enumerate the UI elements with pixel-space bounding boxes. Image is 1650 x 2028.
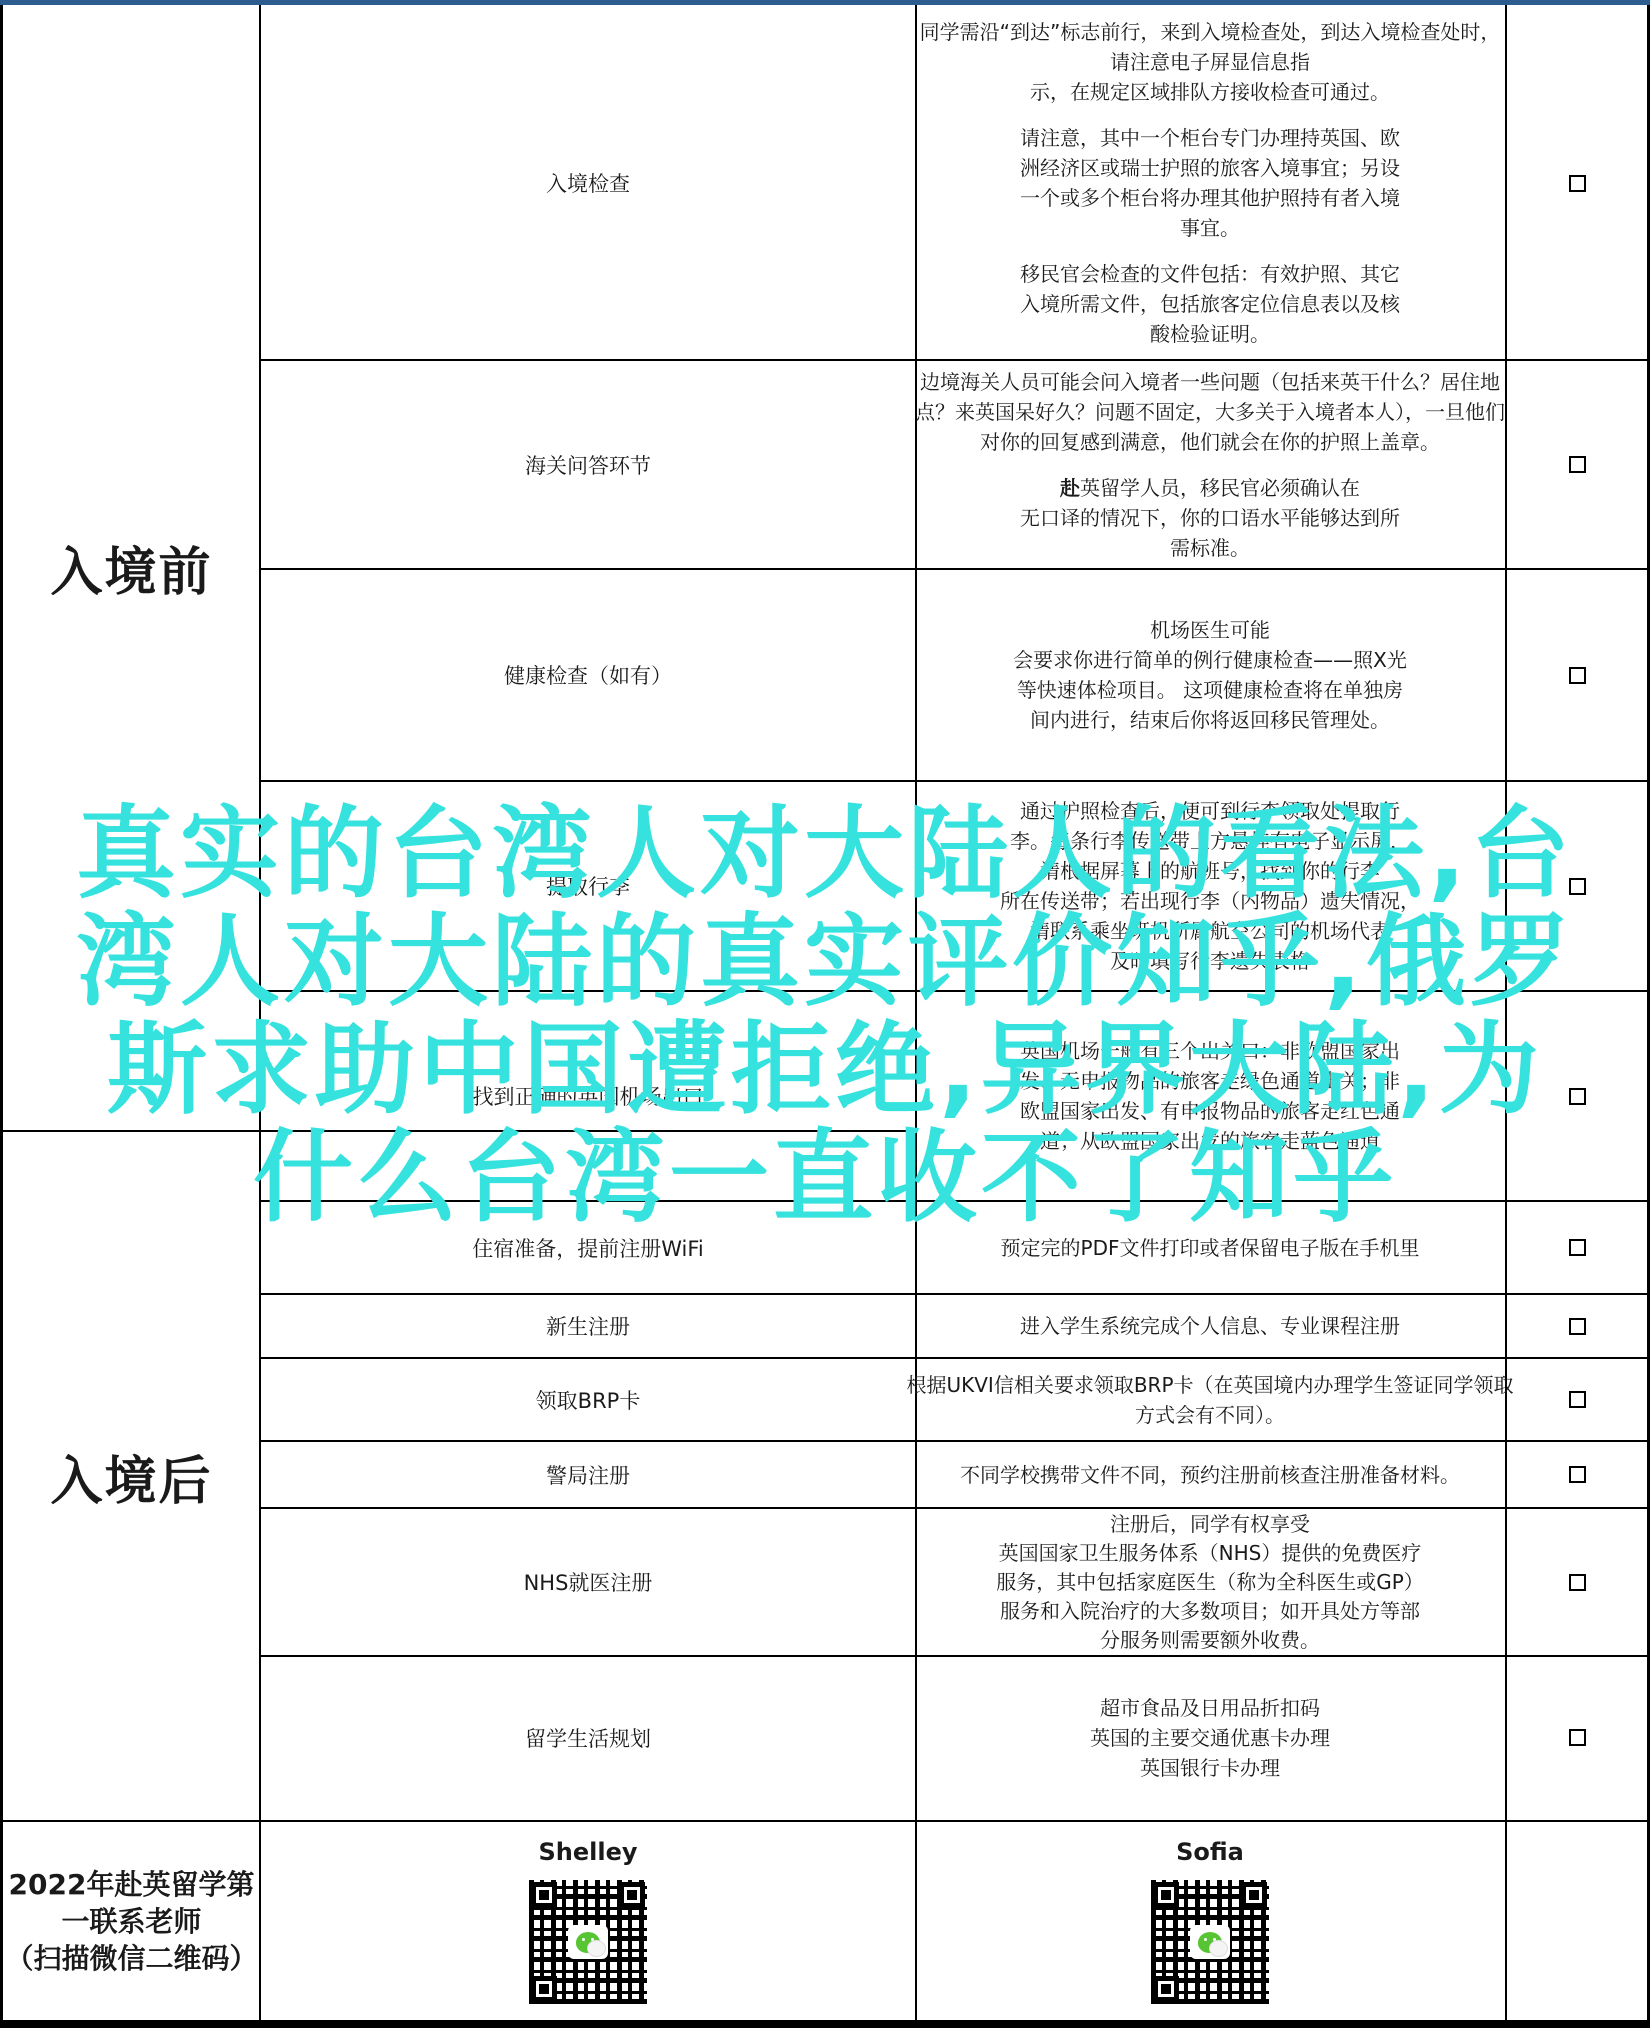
step-baggage-claim: 提取行李	[261, 782, 915, 990]
paragraph: 机场医生可能会要求你进行简单的例行健康检查——照X光等快速体检项目。 这项健康检…	[1013, 615, 1407, 735]
paragraph: 请注意，其中一个柜台专门办理持英国、欧洲经济区或瑞士护照的旅客入境事宜；另设一个…	[1020, 123, 1400, 243]
desc-customs-questions: 边境海关人员可能会问入境者一些问题（包括来英干什么？居住地点？来英国呆好久？问题…	[917, 361, 1503, 568]
desc-student-registration: 进入学生系统完成个人信息、专业课程注册	[917, 1295, 1503, 1357]
step-label: 找到正确的英国机场出口	[473, 1081, 704, 1111]
step-police-registration: 警局注册	[261, 1442, 915, 1507]
left-border	[0, 5, 3, 2028]
step-label: 警局注册	[546, 1460, 630, 1490]
row-checkbox-icon[interactable]	[1569, 1239, 1586, 1256]
wechat-bubble-white	[1209, 1940, 1228, 1957]
contact-name: Shelley	[538, 1838, 637, 1866]
row-checkbox-icon[interactable]	[1569, 1729, 1586, 1746]
paragraph: 移民官会检查的文件包括：有效护照、其它入境所需文件，包括旅客定位信息表以及核酸检…	[1020, 259, 1400, 349]
row-checkbox-icon[interactable]	[1569, 878, 1586, 895]
wechat-logo-icon	[1190, 1925, 1230, 1959]
step-label: 领取BRP卡	[536, 1385, 641, 1415]
step-label: 住宿准备，提前注册WiFi	[472, 1233, 704, 1263]
wechat-qr-code	[1151, 1880, 1269, 2004]
step-label: 健康检查（如有）	[504, 660, 672, 690]
qr-position-marker	[531, 1882, 557, 1908]
row-checkbox-icon[interactable]	[1569, 1318, 1586, 1335]
checkbox-cell	[1507, 992, 1647, 1200]
paragraph: 边境海关人员可能会问入境者一些问题（包括来英干什么？居住地点？来英国呆好久？问题…	[915, 367, 1505, 457]
wechat-qr-code	[529, 1880, 647, 2004]
wechat-bubble-white	[587, 1940, 606, 1957]
paragraph-with-bold-lead: 赴英留学人员，移民官必须确认在 无口译的情况下，你的口语水平能够达到所需标准。	[1020, 473, 1400, 563]
checkbox-cell	[1507, 1202, 1647, 1293]
row-checkbox-icon[interactable]	[1569, 456, 1586, 473]
checkbox-cell	[1507, 782, 1647, 990]
step-customs-questions: 海关问答环节	[261, 361, 915, 568]
step-accommodation-wifi: 住宿准备，提前注册WiFi	[261, 1202, 915, 1293]
step-label: 提取行李	[546, 871, 630, 901]
step-entry-check: 入境检查	[261, 7, 915, 359]
checkbox-cell	[1507, 361, 1647, 568]
paragraph-lines: 无口译的情况下，你的口语水平能够达到所需标准。	[1020, 503, 1400, 563]
desc-life-planning: 超市食品及日用品折扣码英国的主要交通优惠卡办理英国银行卡办理	[917, 1657, 1503, 1818]
checkbox-cell	[1507, 7, 1647, 359]
paragraph: 注册后，同学有权享受英国国家卫生服务体系（NHS）提供的免费医疗服务，其中包括家…	[996, 1510, 1424, 1655]
row-checkbox-icon[interactable]	[1569, 1088, 1586, 1105]
bold-lead-char: 赴	[1060, 476, 1080, 500]
desc-entry-check: 同学需沿“到达”标志前行，来到入境检查处，到达入境检查处时，请注意电子屏显信息指…	[917, 7, 1503, 359]
step-student-registration: 新生注册	[261, 1295, 915, 1357]
section-after-entry-label: 入境后	[50, 1439, 212, 1514]
step-label: 留学生活规划	[525, 1723, 651, 1753]
step-brp-card: 领取BRP卡	[261, 1359, 915, 1440]
paragraph: 通过护照检查后，便可到行李领取处提取行李。每条行李传送带上方悬挂有电子显示屏，请…	[1000, 796, 1420, 976]
qr-position-marker	[619, 1882, 645, 1908]
desc-nhs-registration: 注册后，同学有权享受英国国家卫生服务体系（NHS）提供的免费医疗服务，其中包括家…	[917, 1509, 1503, 1655]
desc-brp-card: 根据UKVI信相关要求领取BRP卡（在英国境内办理学生签证同学领取方式会有不同）…	[917, 1359, 1503, 1440]
checkbox-cell	[1507, 1657, 1647, 1818]
bottom-border	[0, 2020, 1650, 2028]
wechat-logo-icon	[568, 1925, 608, 1959]
paragraph: 超市食品及日用品折扣码英国的主要交通优惠卡办理英国银行卡办理	[1090, 1693, 1330, 1783]
contact-sofia-cell: Sofia	[917, 1822, 1503, 2020]
contact-info-text: 2022年赴英留学第一联系老师（扫描微信二维码）	[5, 1866, 257, 1977]
qr-position-marker	[1153, 1882, 1179, 1908]
lead-line-rest: 英留学人员，移民官必须确认在	[1080, 476, 1360, 500]
desc-airport-exit: 英国机场一般有三个出关口：非欧盟国家出发、无申报物品的旅客走绿色通道出关；非欧盟…	[917, 992, 1503, 1200]
qr-position-marker	[1241, 1882, 1267, 1908]
qr-position-marker	[1153, 1976, 1179, 2002]
paragraph: 根据UKVI信相关要求领取BRP卡（在英国境内办理学生签证同学领取方式会有不同）…	[907, 1370, 1514, 1430]
section-after-entry: 入境后	[4, 1132, 259, 1820]
desc-accommodation-wifi: 预定完的PDF文件打印或者保留电子版在手机里	[917, 1202, 1503, 1293]
checkbox-cell	[1507, 1359, 1647, 1440]
row-checkbox-icon[interactable]	[1569, 1391, 1586, 1408]
paragraph: 预定完的PDF文件打印或者保留电子版在手机里	[1001, 1233, 1420, 1263]
desc-health-check: 机场医生可能会要求你进行简单的例行健康检查——照X光等快速体检项目。 这项健康检…	[917, 570, 1503, 780]
row-checkbox-icon[interactable]	[1569, 175, 1586, 192]
row-checkbox-icon[interactable]	[1569, 1574, 1586, 1591]
paragraph: 不同学校携带文件不同，预约注册前核查注册准备材料。	[960, 1460, 1460, 1490]
row-checkbox-icon[interactable]	[1569, 1466, 1586, 1483]
step-label: 入境检查	[546, 168, 630, 198]
checkbox-cell	[1507, 1509, 1647, 1655]
step-label: 新生注册	[546, 1311, 630, 1341]
contact-name: Sofia	[1176, 1838, 1244, 1866]
contact-shelley-cell: Shelley	[261, 1822, 915, 2020]
row-checkbox-icon[interactable]	[1569, 667, 1586, 684]
contact-info-cell: 2022年赴英留学第一联系老师（扫描微信二维码）	[4, 1822, 259, 2020]
step-label: NHS就医注册	[524, 1567, 653, 1597]
checkbox-cell	[1507, 570, 1647, 780]
checkbox-cell	[1507, 1442, 1647, 1507]
step-airport-exit: 找到正确的英国机场出口	[261, 992, 915, 1200]
step-label: 海关问答环节	[525, 450, 651, 480]
paragraph: 英国机场一般有三个出关口：非欧盟国家出发、无申报物品的旅客走绿色通道出关；非欧盟…	[1020, 1036, 1400, 1156]
section-before-entry-label: 入境前	[50, 530, 212, 605]
desc-police-registration: 不同学校携带文件不同，预约注册前核查注册准备材料。	[917, 1442, 1503, 1507]
step-health-check: 健康检查（如有）	[261, 570, 915, 780]
desc-baggage-claim: 通过护照检查后，便可到行李领取处提取行李。每条行李传送带上方悬挂有电子显示屏，请…	[917, 782, 1503, 990]
paragraph: 进入学生系统完成个人信息、专业课程注册	[1020, 1311, 1400, 1341]
paragraph: 同学需沿“到达”标志前行，来到入境检查处，到达入境检查处时，请注意电子屏显信息指…	[920, 17, 1501, 107]
entry-checklist-document: 入境前 入境后 2022年赴英留学第一联系老师（扫描微信二维码） 入境检查 同学…	[0, 0, 1650, 2028]
checkbox-cell	[1507, 1295, 1647, 1357]
section-before-entry: 入境前	[4, 5, 259, 1130]
step-life-planning: 留学生活规划	[261, 1657, 915, 1818]
step-nhs-registration: NHS就医注册	[261, 1509, 915, 1655]
qr-position-marker	[531, 1976, 557, 2002]
